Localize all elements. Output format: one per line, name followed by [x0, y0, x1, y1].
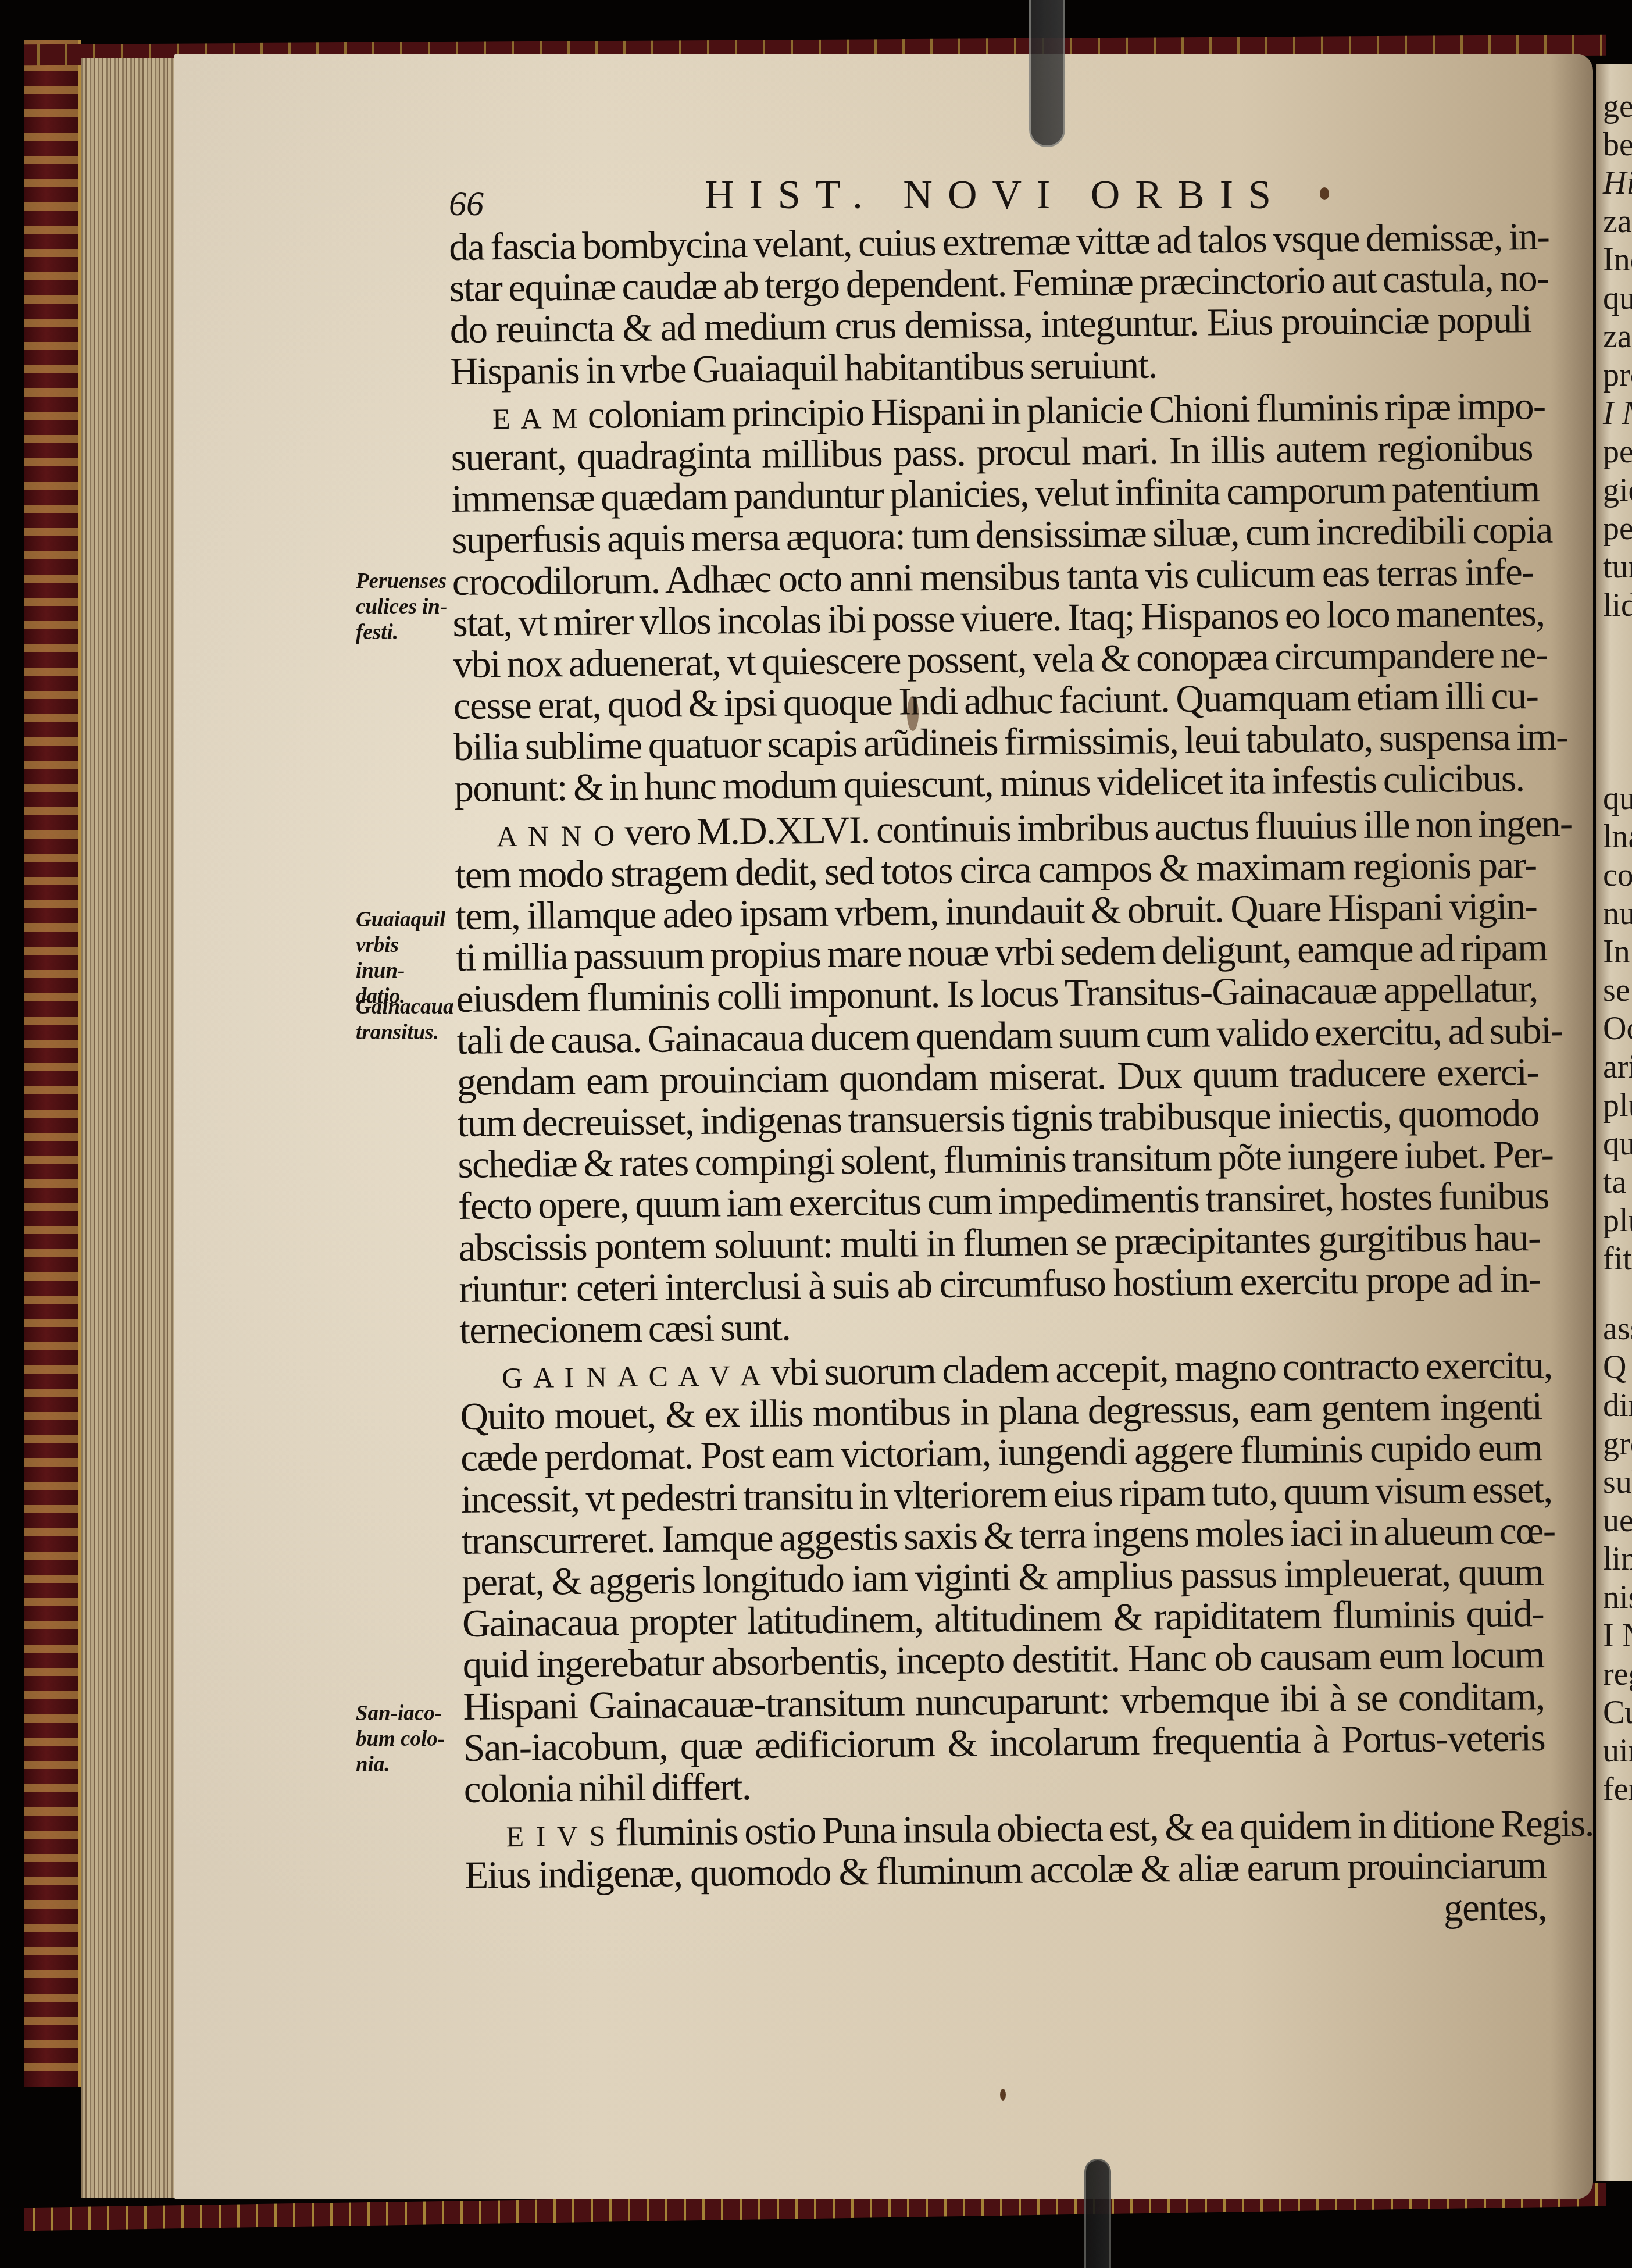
margin-note-line: nia.: [356, 1752, 449, 1778]
facing-page-fragment: lido co: [1603, 586, 1632, 625]
running-title: HIST. NOVI ORBIS: [705, 172, 1286, 219]
margin-note-san-iacobum: San-iaco- bum colo- nia.: [356, 1701, 449, 1778]
facing-page-fragment: assidue à: [1603, 1310, 1632, 1348]
facing-page-fragment: subueni: [1603, 1463, 1632, 1502]
facing-page-fragment: Cuscens: [1603, 1693, 1632, 1732]
small-caps-opening: E I V S: [506, 1820, 609, 1853]
facing-page-fragment: prouin: [1603, 356, 1632, 394]
facing-page-fragment: peritur: [1603, 433, 1632, 471]
small-caps-opening: A N N O: [497, 819, 619, 853]
facing-page-fragment: pluuiæ: [1603, 1086, 1632, 1125]
facing-page-fragment: nulli du: [1603, 894, 1632, 933]
facing-page-fragment: ferent: [1603, 1770, 1632, 1809]
facing-page-fragment: ueni, pa: [1603, 1502, 1632, 1540]
facing-page-fragment: I N ha: [1603, 1617, 1632, 1655]
facing-page-fragment: qui cu: [1603, 279, 1632, 318]
facing-page-fragment: Hispa: [1603, 164, 1632, 202]
facing-page-fragment: zarru: [1603, 202, 1632, 241]
margin-note-line: bum colo-: [356, 1727, 449, 1752]
margin-note-gainacaua: Gainacaua transitus.: [356, 994, 449, 1046]
main-text: da fascia bombycina velant, cuius extrem…: [449, 216, 1547, 1938]
facing-page-fragment: Q V V: [1603, 1348, 1632, 1386]
facing-page-fragment: In pr: [1603, 933, 1632, 971]
facing-page-fragment: dinem x: [1603, 1386, 1632, 1425]
facing-page-fragment: quatuo: [1603, 779, 1632, 818]
margin-note-line: transitus.: [356, 1020, 449, 1046]
facing-page-fragment: qui cop: [1603, 1125, 1632, 1163]
margin-note-line: Guaiaquil: [356, 907, 449, 933]
facing-page-fragment: gioni &: [1603, 471, 1632, 509]
bookmark-ribbon-bottom[interactable]: [1084, 2159, 1111, 2268]
facing-page-fragment: limi tan: [1603, 1540, 1632, 1578]
margin-note-line: vrbis inun-: [356, 933, 449, 984]
facing-page-fragment: gent: [1603, 87, 1632, 126]
margin-note-line: Gainacaua: [356, 994, 449, 1020]
facing-page-fragment: Octobr: [1603, 1010, 1632, 1048]
facing-page-fragment: se Noue: [1603, 971, 1632, 1010]
facing-page-fragment: regionib: [1603, 1655, 1632, 1693]
facing-page-fragment: I N I: [1603, 394, 1632, 433]
facing-page-fragment: ari imb: [1603, 1048, 1632, 1086]
facing-page-fragment: tur. Ij m: [1603, 548, 1632, 586]
page-number: 66: [449, 184, 484, 224]
facing-page-fragment: gressus f: [1603, 1425, 1632, 1463]
margin-note-line: culices in-: [356, 594, 449, 620]
facing-page-fragment: nisi speci: [1603, 1578, 1632, 1617]
facing-page-fragment: ta adole: [1603, 1163, 1632, 1201]
facing-page-fragment: coquen: [1603, 856, 1632, 894]
small-caps-opening: G A I N A C A V A: [502, 1359, 765, 1394]
small-caps-opening: E A M: [492, 402, 581, 435]
leather-binding-left: [24, 40, 81, 2087]
margin-note-line: Peruenses: [356, 569, 449, 594]
facing-page-fragment: percola: [1603, 509, 1632, 548]
paper-spot: [1000, 2089, 1006, 2101]
facing-page-fragment: uincias c: [1603, 1732, 1632, 1770]
facing-page-fragment: Indi fu: [1603, 241, 1632, 279]
margin-note-culices: Peruenses culices in- festi.: [356, 569, 449, 646]
margin-note-line: San-iaco-: [356, 1701, 449, 1727]
margin-note-line: festi.: [356, 620, 449, 646]
paper-spot: [1320, 187, 1329, 200]
facing-page-fragment: pluit: in: [1603, 1201, 1632, 1240]
facing-page-fragment: lnacei a: [1603, 818, 1632, 856]
bookmark-ribbon-top[interactable]: [1029, 0, 1065, 147]
facing-page-edge: gent bella Hispa zarru Indi fu qui cu za…: [1596, 64, 1632, 2181]
facing-page-fragment: zarro c: [1603, 318, 1632, 356]
facing-page-fragment: fiti niuil: [1603, 1240, 1632, 1278]
facing-page-fragment: bella: [1603, 126, 1632, 164]
